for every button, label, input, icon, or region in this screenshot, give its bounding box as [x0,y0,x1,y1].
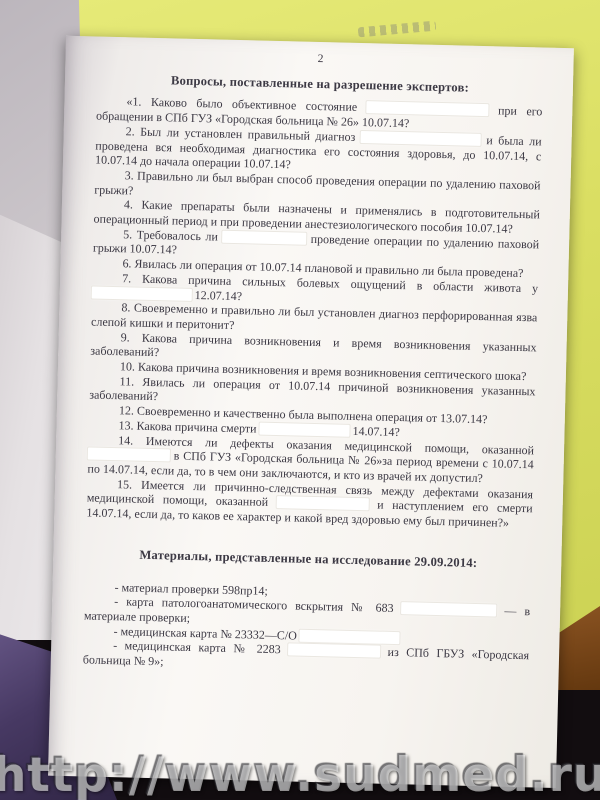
page-number: 2 [97,47,543,73]
redaction-box [361,131,481,146]
redaction-box [367,102,489,117]
document-text-block: 2 Вопросы, поставленные на разрешение эк… [83,47,544,678]
photo-of-document: 2 Вопросы, поставленные на разрешение эк… [0,0,600,800]
redaction-box [222,230,306,244]
redaction-box [288,644,380,658]
materials-section-title: Материалы, представленные на исследовани… [85,546,531,572]
redaction-box [277,496,369,510]
redaction-box [401,602,496,616]
materials-list: - материал проверки 598пр14;- карта пато… [83,579,531,678]
redaction-box [88,448,170,462]
questions-section-title: Вопросы, поставленные на разрешение эксп… [97,71,543,97]
redaction-box [300,629,400,643]
redaction-box [92,286,192,300]
questions-list: «1. Каково было объективное состояние пр… [86,94,542,531]
redaction-box [259,423,349,437]
document-page: 2 Вопросы, поставленные на разрешение эк… [48,36,574,788]
